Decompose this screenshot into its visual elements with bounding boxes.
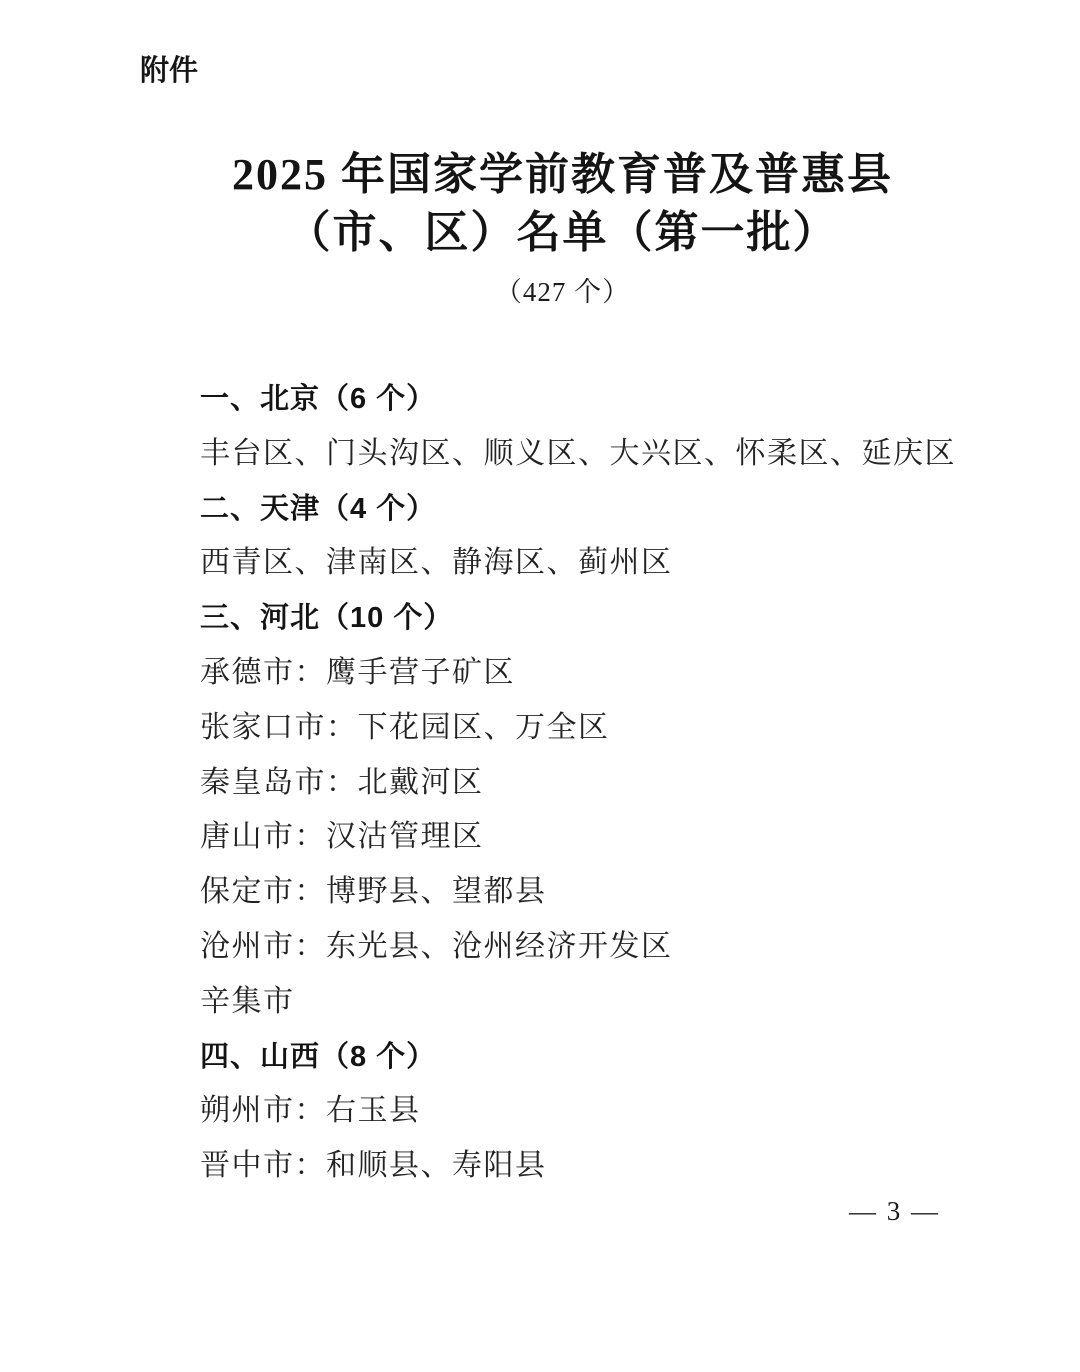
section-heading-shanxi: 四、山西（8 个） <box>200 1030 930 1085</box>
title-line-2: （市、区）名单（第一批） <box>200 204 925 262</box>
section-line: 西青区、津南区、静海区、蓟州区 <box>200 536 930 591</box>
section-line: 朔州市：右玉县 <box>200 1084 930 1139</box>
title-line-1: 2025 年国家学前教育普及普惠县 <box>200 146 925 204</box>
section-heading-tianjin: 二、天津（4 个） <box>200 482 930 537</box>
section-line: 承德市：鹰手营子矿区 <box>200 646 930 701</box>
section-line: 秦皇岛市：北戴河区 <box>200 756 930 811</box>
document-title: 2025 年国家学前教育普及普惠县 （市、区）名单（第一批） <box>200 146 925 262</box>
section-heading-hebei: 三、河北（10 个） <box>200 591 930 646</box>
section-line: 沧州市：东光县、沧州经济开发区 <box>200 920 930 975</box>
section-line: 晋中市：和顺县、寿阳县 <box>200 1139 930 1194</box>
count-subtitle: （427 个） <box>200 270 925 309</box>
page-number: — 3 — <box>849 1196 940 1227</box>
province-list: 一、北京（6 个） 丰台区、门头沟区、顺义区、大兴区、怀柔区、延庆区 二、天津（… <box>200 372 930 1194</box>
attachment-label: 附件 <box>140 48 198 89</box>
section-line: 辛集市 <box>200 975 930 1030</box>
section-heading-beijing: 一、北京（6 个） <box>200 372 930 427</box>
section-line: 丰台区、门头沟区、顺义区、大兴区、怀柔区、延庆区 <box>200 427 930 482</box>
section-line: 唐山市：汉沽管理区 <box>200 810 930 865</box>
document-page: 附件 2025 年国家学前教育普及普惠县 （市、区）名单（第一批） （427 个… <box>0 0 1080 1372</box>
section-line: 保定市：博野县、望都县 <box>200 865 930 920</box>
section-line: 张家口市：下花园区、万全区 <box>200 701 930 756</box>
